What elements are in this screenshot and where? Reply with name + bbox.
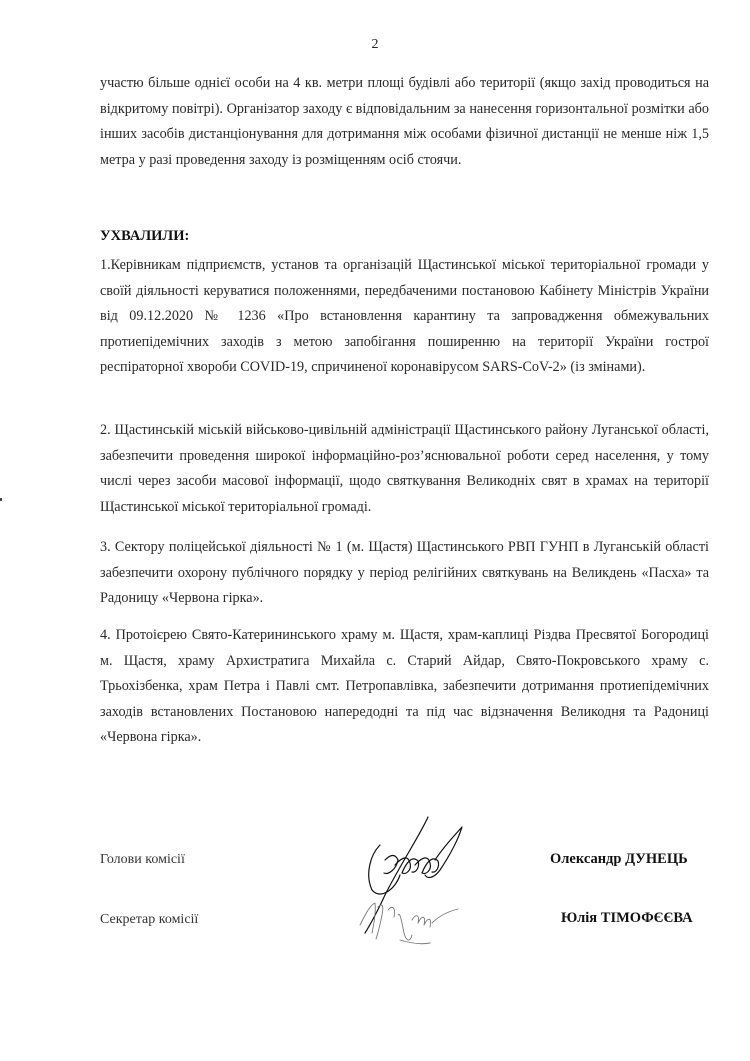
resolution-heading: УХВАЛИЛИ: bbox=[100, 228, 189, 245]
intro-paragraph-text: участю більше однієї особи на 4 кв. метр… bbox=[100, 71, 709, 173]
handwritten-signature-icon bbox=[340, 815, 480, 950]
page-number: 2 bbox=[0, 37, 750, 53]
scan-mark bbox=[0, 498, 2, 501]
resolution-item-1: 1.Керівникам підприємств, установ та орг… bbox=[100, 253, 709, 381]
resolution-item-text: 3. Сектору поліцейської діяльності № 1 (… bbox=[100, 535, 709, 612]
resolution-item-4: 4. Протоієрею Свято-Катерининського храм… bbox=[100, 623, 709, 751]
signature-name-chair: Олександр ДУНЕЦЬ bbox=[550, 851, 688, 868]
resolution-item-text: 1.Керівникам підприємств, установ та орг… bbox=[100, 253, 709, 381]
resolution-item-3: 3. Сектору поліцейської діяльності № 1 (… bbox=[100, 535, 709, 612]
signature-role-secretary: Секретар комісії bbox=[100, 912, 198, 928]
resolution-item-text: 4. Протоієрею Свято-Катерининського храм… bbox=[100, 623, 709, 751]
signature-role-chair: Голови комісії bbox=[100, 852, 185, 868]
intro-paragraph: участю більше однієї особи на 4 кв. метр… bbox=[100, 71, 709, 173]
resolution-item-2: 2. Щастинській міській військово-цивільн… bbox=[100, 418, 709, 520]
resolution-item-text: 2. Щастинській міській військово-цивільн… bbox=[100, 418, 709, 520]
signature-name-secretary: Юлія ТІМОФЄЄВА bbox=[561, 910, 693, 927]
